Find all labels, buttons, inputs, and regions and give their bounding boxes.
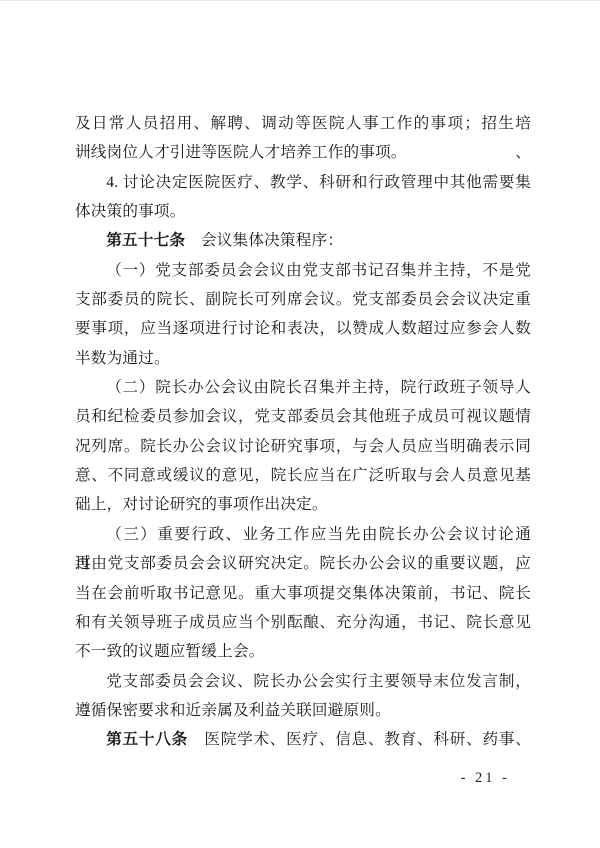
text-line: 第五十七条 会议集体决策程序： bbox=[75, 226, 531, 255]
text-line: 遵循保密要求和近亲属及利益关联回避原则。 bbox=[75, 696, 531, 725]
text-line: （二）院长办公会议由院长召集并主持，院行政班子领导人 bbox=[75, 373, 531, 402]
text-line: 党支部委员会会议、院长办公会实行主要领导末位发言制， bbox=[75, 667, 531, 696]
text-line: 及日常人员招用、解聘、调动等医院人事工作的事项；招生培训、 bbox=[75, 109, 531, 138]
text-line: （三）重要行政、业务工作应当先由院长办公会议讨论通过， bbox=[75, 520, 531, 549]
text-line: 础上，对讨论研究的事项作出决定。 bbox=[75, 490, 531, 519]
scan-edge-top bbox=[0, 0, 600, 1]
text-line: （一）党支部委员会会议由党支部书记召集并主持，不是党 bbox=[75, 256, 531, 285]
text-line: 意、不同意或缓议的意见，院长应当在广泛听取与会人员意见基 bbox=[75, 461, 531, 490]
text-line: 半数为通过。 bbox=[75, 344, 531, 373]
text-line: 4. 讨论决定医院医疗、教学、科研和行政管理中其他需要集 bbox=[75, 168, 531, 197]
para-clause-3: （三）重要行政、业务工作应当先由院长办公会议讨论通过，再由党支部委员会会议研究决… bbox=[75, 520, 531, 667]
text-line: 再由党支部委员会会议研究决定。院长办公会议的重要议题，应 bbox=[75, 549, 531, 578]
para-clause-2: （二）院长办公会议由院长召集并主持，院行政班子领导人员和纪检委员参加会议，党支部… bbox=[75, 373, 531, 520]
para-personnel-items-continuation: 及日常人员招用、解聘、调动等医院人事工作的事项；招生培训、一线岗位人才引进等医院… bbox=[75, 109, 531, 168]
para-item-4: 4. 讨论决定医院医疗、教学、科研和行政管理中其他需要集体决策的事项。 bbox=[75, 168, 531, 227]
article-number: 第五十八条 bbox=[106, 731, 188, 748]
text-line: 体决策的事项。 bbox=[75, 197, 531, 226]
text-line: 况列席。院长办公会议讨论研究事项，与会人员应当明确表示同 bbox=[75, 432, 531, 461]
text-line: 要事项，应当逐项进行讨论和表决，以赞成人数超过应参会人数 bbox=[75, 314, 531, 343]
para-last-speaker-rule: 党支部委员会会议、院长办公会实行主要领导末位发言制，遵循保密要求和近亲属及利益关… bbox=[75, 667, 531, 726]
text-line: 不一致的议题应暂缓上会。 bbox=[75, 637, 531, 666]
article-number: 第五十七条 bbox=[106, 232, 185, 249]
document-page: 及日常人员招用、解聘、调动等医院人事工作的事项；招生培训、一线岗位人才引进等医院… bbox=[0, 0, 600, 848]
para-clause-1: （一）党支部委员会会议由党支部书记召集并主持，不是党支部委员的院长、副院长可列席… bbox=[75, 256, 531, 373]
document-body: 及日常人员招用、解聘、调动等医院人事工作的事项；招生培训、一线岗位人才引进等医院… bbox=[75, 109, 531, 755]
page-number: - 21 - bbox=[461, 770, 510, 787]
text-line: 支部委员的院长、副院长可列席会议。党支部委员会会议决定重 bbox=[75, 285, 531, 314]
heading-article-57: 第五十七条 会议集体决策程序： bbox=[75, 226, 531, 255]
heading-article-58: 第五十八条 医院学术、医疗、信息、教育、科研、药事、 bbox=[75, 725, 531, 754]
text-line: 和有关领导班子成员应当个别酝酿、充分沟通，书记、院长意见 bbox=[75, 608, 531, 637]
text-line: 员和纪检委员参加会议，党支部委员会其他班子成员可视议题情 bbox=[75, 402, 531, 431]
text-line: 当在会前听取书记意见。重大事项提交集体决策前，书记、院长 bbox=[75, 579, 531, 608]
text-line: 第五十八条 医院学术、医疗、信息、教育、科研、药事、 bbox=[75, 725, 531, 754]
